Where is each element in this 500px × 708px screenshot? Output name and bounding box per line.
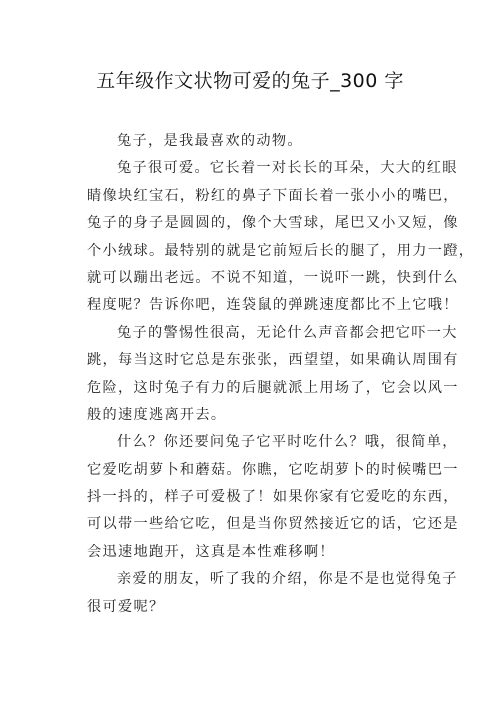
text-line: 睛像块红宝石，粉红的鼻子下面长着一张小小的嘴巴，: [87, 183, 415, 210]
text-line: 兔子的身子是圆圆的，像个大雪球，尾巴又小又短，像: [87, 210, 415, 237]
text-line: 它爱吃胡萝卜和蘑菇。你瞧，它吃胡萝卜的时候嘴巴一: [87, 457, 415, 484]
document-title: 五年级作文状物可爱的兔子_300 字: [0, 66, 500, 93]
text-line: 就可以蹦出老远。不说不知道，一说吓一跳，快到什么: [87, 265, 415, 292]
text-line: 抖一抖的，样子可爱极了！如果你家有它爱吃的东西，: [87, 484, 415, 511]
text-line: 兔子，是我最喜欢的动物。: [87, 128, 415, 155]
text-line: 兔子很可爱。它长着一对长长的耳朵，大大的红眼: [87, 155, 415, 182]
text-line: 般的速度逃离开去。: [87, 402, 415, 429]
text-line: 亲爱的朋友，听了我的介绍，你是不是也觉得兔子: [87, 566, 415, 593]
text-line: 什么？你还要问兔子它平时吃什么？哦，很简单，: [87, 429, 415, 456]
text-line: 很可爱呢？: [87, 594, 415, 621]
text-line: 个小绒球。最特别的就是它前短后长的腿了，用力一蹬，: [87, 238, 415, 265]
text-line: 跳，每当这时它总是东张张，西望望，如果确认周围有: [87, 347, 415, 374]
document-body: 兔子，是我最喜欢的动物。 兔子很可爱。它长着一对长长的耳朵，大大的红眼 睛像块红…: [87, 128, 415, 621]
text-line: 可以带一些给它吃，但是当你贸然接近它的话，它还是: [87, 511, 415, 538]
text-line: 会迅速地跑开，这真是本性难移啊！: [87, 539, 415, 566]
text-line: 程度呢？告诉你吧，连袋鼠的弹跳速度都比不上它哦！: [87, 292, 415, 319]
text-line: 兔子的警惕性很高，无论什么声音都会把它吓一大: [87, 320, 415, 347]
text-line: 危险，这时兔子有力的后腿就派上用场了，它会以风一: [87, 375, 415, 402]
